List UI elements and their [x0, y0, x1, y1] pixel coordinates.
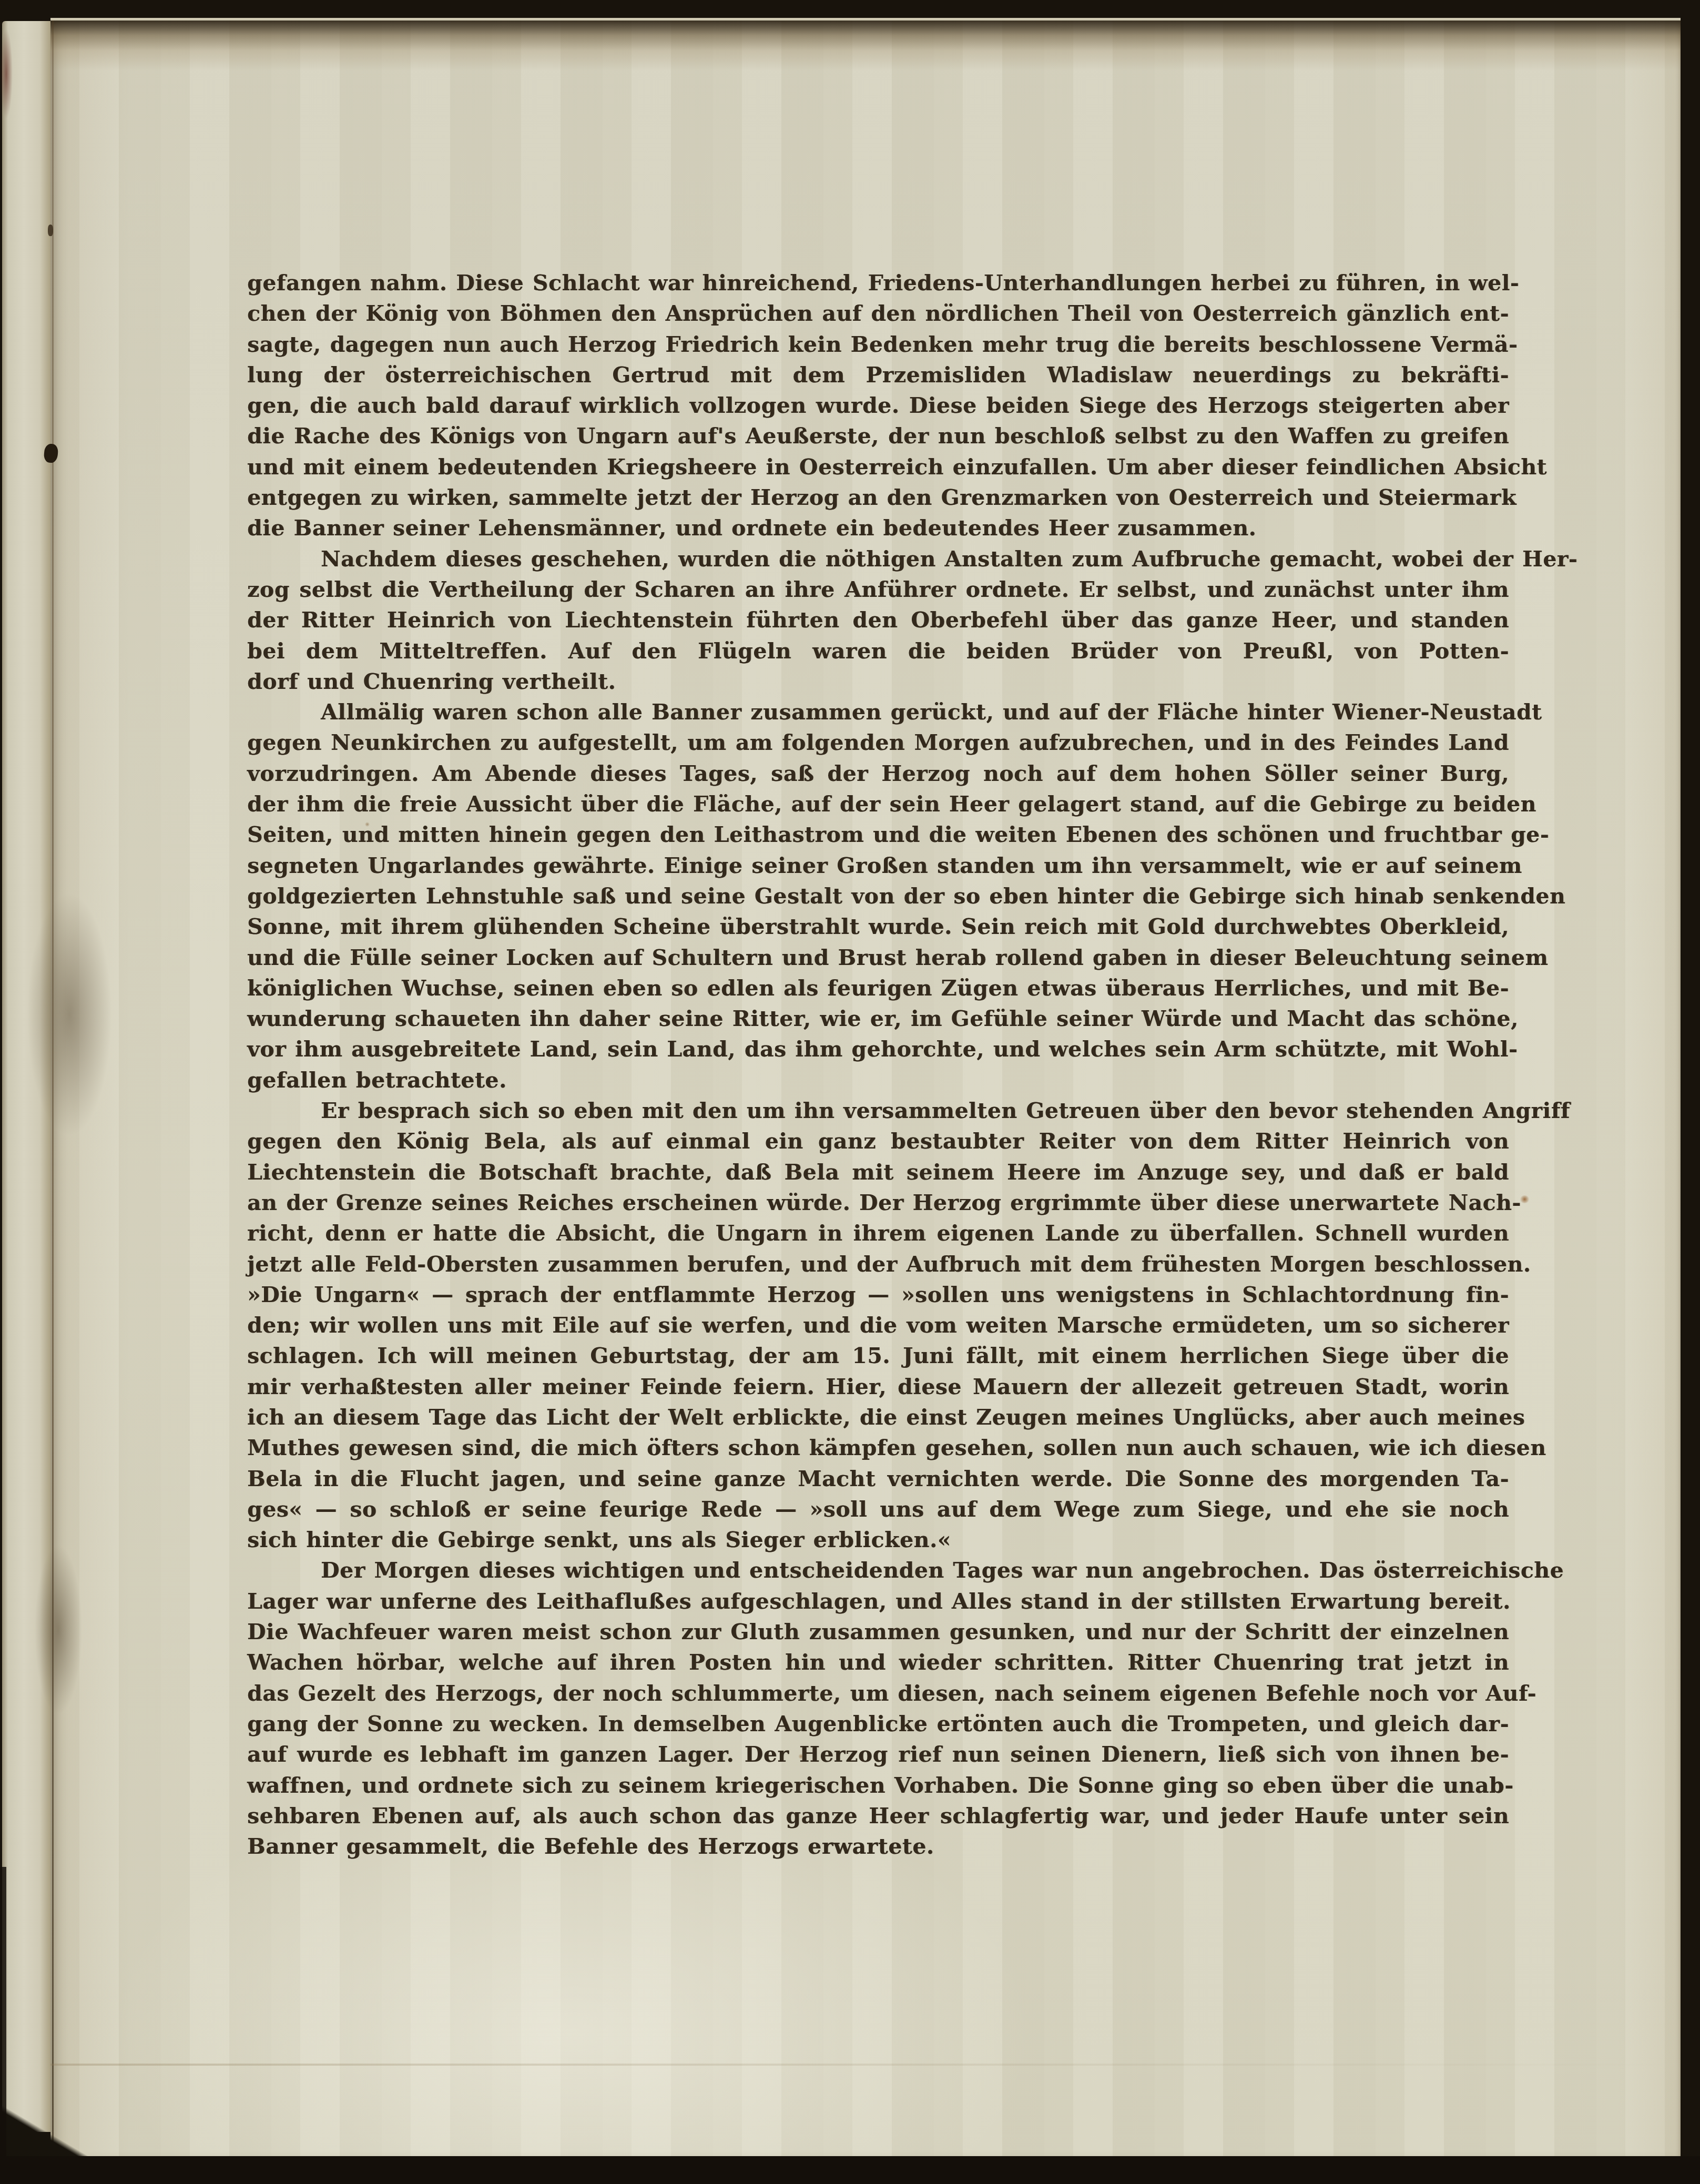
text-line: vorzudringen. Am Abende dieses Tages, sa…	[247, 758, 1509, 789]
text-line: gefallen betrachtete.	[247, 1065, 1509, 1095]
text-line: ges« — so schloß er seine feurige Rede —…	[247, 1494, 1509, 1525]
text-line: mir verhaßtesten aller meiner Feinde fei…	[247, 1372, 1509, 1402]
text-line: Liechtenstein die Botschaft brachte, daß…	[247, 1157, 1509, 1187]
text-line: chen der König von Böhmen den Ansprüchen…	[247, 298, 1509, 329]
text-line: Bela in die Flucht jagen, und seine ganz…	[247, 1464, 1509, 1494]
text-line: der ihm die freie Aussicht über die Fläc…	[247, 789, 1509, 819]
paragraph: gefangen nahm. Diese Schlacht war hinrei…	[247, 268, 1509, 544]
text-line: »Die Ungarn« — sprach der entflammte Her…	[247, 1279, 1509, 1310]
text-line: und mit einem bedeutenden Kriegsheere in…	[247, 452, 1509, 482]
text-line: Nachdem dieses geschehen, wurden die nöt…	[247, 544, 1509, 574]
paragraph: Allmälig waren schon alle Banner zusamme…	[247, 697, 1509, 1095]
text-line: richt, denn er hatte die Absicht, die Un…	[247, 1218, 1509, 1248]
text-line: Sonne, mit ihrem glühenden Scheine übers…	[247, 911, 1509, 942]
text-line: lung der österreichischen Gertrud mit de…	[247, 360, 1509, 390]
text-line: Die Wachfeuer waren meist schon zur Glut…	[247, 1617, 1509, 1647]
paragraph: Der Morgen dieses wichtigen und entschei…	[247, 1555, 1509, 1862]
gutter-fold-mark	[27, 893, 111, 1135]
text-line: Der Morgen dieses wichtigen und entschei…	[247, 1555, 1509, 1586]
gutter-shadow	[0, 1867, 6, 2184]
text-line: Banner gesammelt, die Befehle des Herzog…	[247, 1831, 1509, 1862]
text-line: königlichen Wuchse, seinen eben so edlen…	[247, 973, 1509, 1003]
ink-mark	[43, 443, 59, 464]
text-line: Seiten, und mitten hinein gegen den Leit…	[247, 819, 1509, 850]
text-line: sich hinter die Gebirge senkt, uns als S…	[247, 1525, 1509, 1555]
text-line: der Ritter Heinrich von Liechtenstein fü…	[247, 605, 1509, 635]
foxing-speck	[1520, 1195, 1530, 1203]
text-line: gefangen nahm. Diese Schlacht war hinrei…	[247, 268, 1509, 298]
text-line: wunderung schaueten ihn daher seine Ritt…	[247, 1003, 1509, 1034]
text-line: vor ihm ausgebreitete Land, sein Land, d…	[247, 1034, 1509, 1064]
text-line: an der Grenze seines Reiches erscheinen …	[247, 1187, 1509, 1218]
text-line: Lager war unferne des Leithaflußes aufge…	[247, 1586, 1509, 1617]
page-text-block: gefangen nahm. Diese Schlacht war hinrei…	[247, 268, 1509, 1862]
text-line: dorf und Chuenring vertheilt.	[247, 666, 1509, 697]
text-line: goldgezierten Lehnstuhle saß und seine G…	[247, 881, 1509, 911]
text-line: Muthes gewesen sind, die mich öfters sch…	[247, 1433, 1509, 1463]
text-line: segneten Ungarlandes gewährte. Einige se…	[247, 850, 1509, 881]
text-line: zog selbst die Vertheilung der Scharen a…	[247, 574, 1509, 605]
text-line: Wachen hörbar, welche auf ihren Posten h…	[247, 1647, 1509, 1678]
text-line: und die Fülle seiner Locken auf Schulter…	[247, 942, 1509, 973]
gutter-fold-mark-lower	[35, 1546, 82, 1714]
text-line: den; wir wollen uns mit Eile auf sie wer…	[247, 1310, 1509, 1340]
book-scan-photo: { "document": { "type": "scanned-book-pa…	[0, 0, 1700, 2184]
singed-top-edge	[50, 21, 1681, 70]
text-line: ich an diesem Tage das Licht der Welt er…	[247, 1402, 1509, 1433]
text-line: die Rache des Königs von Ungarn auf's Ae…	[247, 421, 1509, 451]
ink-mark-small	[48, 225, 53, 236]
text-line: gen, die auch bald darauf wirklich vollz…	[247, 390, 1509, 421]
text-line: gang der Sonne zu wecken. In demselben A…	[247, 1709, 1509, 1739]
photo-bottom-edge	[0, 2156, 1700, 2184]
text-line: sehbaren Ebenen auf, als auch schon das …	[247, 1801, 1509, 1831]
text-line: gegen Neunkirchen zu aufgestellt, um am …	[247, 727, 1509, 758]
text-line: schlagen. Ich will meinen Geburtstag, de…	[247, 1340, 1509, 1371]
paragraph: Er besprach sich so eben mit den um ihn …	[247, 1095, 1509, 1555]
horizontal-crease	[50, 2064, 1681, 2066]
text-line: jetzt alle Feld-Obersten zusammen berufe…	[247, 1249, 1509, 1279]
text-line: gegen den König Bela, als auf einmal ein…	[247, 1126, 1509, 1156]
text-line: sagte, dagegen nun auch Herzog Friedrich…	[247, 329, 1509, 360]
text-line: waffnen, und ordnete sich zu seinem krie…	[247, 1770, 1509, 1801]
text-line: entgegen zu wirken, sammelte jetzt der H…	[247, 482, 1509, 513]
text-line: bei dem Mitteltreffen. Auf den Flügeln w…	[247, 636, 1509, 666]
book-page: gefangen nahm. Diese Schlacht war hinrei…	[50, 18, 1681, 2161]
spine-blotch	[0, 29, 13, 118]
text-line: auf wurde es lebhaft im ganzen Lager. De…	[247, 1739, 1509, 1770]
photo-corner-shadow	[0, 2106, 89, 2159]
paragraph: Nachdem dieses geschehen, wurden die nöt…	[247, 544, 1509, 697]
text-line: die Banner seiner Lehensmänner, und ordn…	[247, 513, 1509, 543]
text-line: das Gezelt des Herzogs, der noch schlumm…	[247, 1678, 1509, 1709]
text-line: Allmälig waren schon alle Banner zusamme…	[247, 697, 1509, 727]
text-line: Er besprach sich so eben mit den um ihn …	[247, 1095, 1509, 1126]
